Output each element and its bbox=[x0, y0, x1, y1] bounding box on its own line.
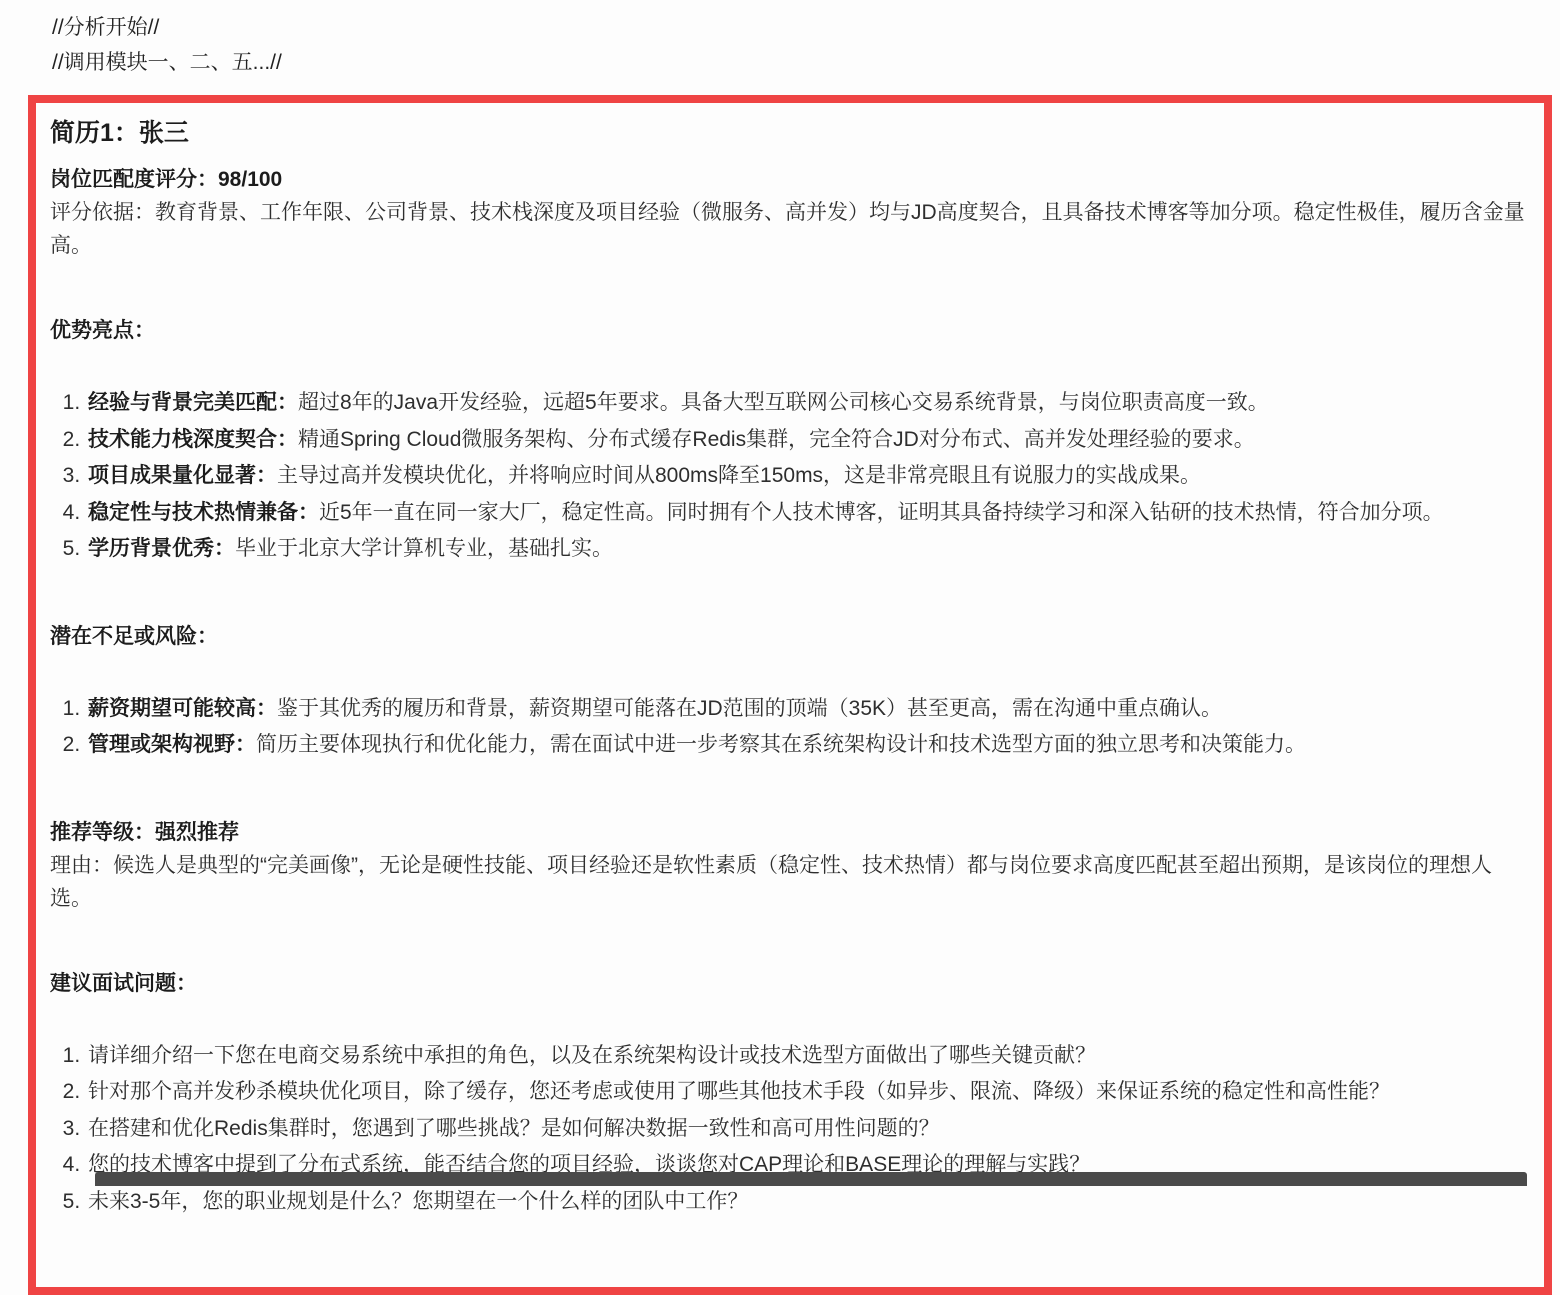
risks-list: 薪资期望可能较高：鉴于其优秀的履历和背景，薪资期望可能落在JD范围的顶端（35K… bbox=[50, 691, 1528, 764]
preamble-line-1: //分析开始// bbox=[52, 10, 1560, 45]
item-label: 经验与背景完美匹配： bbox=[88, 391, 298, 414]
list-item: 学历背景优秀：毕业于北京大学计算机专业，基础扎实。 bbox=[86, 531, 1528, 568]
list-item: 薪资期望可能较高：鉴于其优秀的履历和背景，薪资期望可能落在JD范围的顶端（35K… bbox=[86, 691, 1528, 728]
item-text: 请详细介绍一下您在电商交易系统中承担的角色，以及在系统架构设计或技术选型方面做出… bbox=[88, 1044, 1096, 1067]
list-item: 经验与背景完美匹配：超过8年的Java开发经验，远超5年要求。具备大型互联网公司… bbox=[86, 385, 1528, 422]
item-label: 项目成果量化显著： bbox=[88, 464, 277, 487]
item-label: 薪资期望可能较高： bbox=[88, 697, 277, 720]
preamble-line-2: //调用模块一、二、五...// bbox=[52, 45, 1560, 80]
item-text: 近5年一直在同一家大厂，稳定性高。同时拥有个人技术博客，证明其具备持续学习和深入… bbox=[319, 501, 1444, 524]
item-text: 精通Spring Cloud微服务架构、分布式缓存Redis集群，完全符合JD对… bbox=[298, 428, 1255, 451]
strengths-heading: 优势亮点： bbox=[50, 314, 1528, 347]
interview-questions-heading: 建议面试问题： bbox=[50, 967, 1528, 1000]
item-label: 管理或架构视野： bbox=[88, 733, 256, 756]
strengths-list: 经验与背景完美匹配：超过8年的Java开发经验，远超5年要求。具备大型互联网公司… bbox=[50, 385, 1528, 568]
item-text: 超过8年的Java开发经验，远超5年要求。具备大型互联网公司核心交易系统背景，与… bbox=[298, 391, 1269, 414]
recommendation-reason: 理由：候选人是典型的“完美画像”，无论是硬性技能、项目经验还是软性素质（稳定性、… bbox=[50, 849, 1528, 915]
list-item: 管理或架构视野：简历主要体现执行和优化能力，需在面试中进一步考察其在系统架构设计… bbox=[86, 727, 1528, 764]
item-text: 主导过高并发模块优化，并将响应时间从800ms降至150ms，这是非常亮眼且有说… bbox=[277, 464, 1201, 487]
item-label: 技术能力栈深度契合： bbox=[88, 428, 298, 451]
resume-title: 简历1：张三 bbox=[50, 113, 1528, 153]
item-text: 在搭建和优化Redis集群时，您遇到了哪些挑战？是如何解决数据一致性和高可用性问… bbox=[88, 1117, 940, 1140]
item-label: 稳定性与技术热情兼备： bbox=[88, 501, 319, 524]
item-text: 针对那个高并发秒杀模块优化项目，除了缓存，您还考虑或使用了哪些其他技术手段（如异… bbox=[88, 1080, 1390, 1103]
highlight-box: 简历1：张三 岗位匹配度评分：98/100 评分依据：教育背景、工作年限、公司背… bbox=[28, 95, 1552, 1182]
list-item: 针对那个高并发秒杀模块优化项目，除了缓存，您还考虑或使用了哪些其他技术手段（如异… bbox=[86, 1074, 1528, 1111]
match-score: 岗位匹配度评分：98/100 bbox=[50, 163, 1528, 196]
analysis-preamble: //分析开始// //调用模块一、二、五...// bbox=[0, 0, 1560, 80]
list-item: 稳定性与技术热情兼备：近5年一直在同一家大厂，稳定性高。同时拥有个人技术博客，证… bbox=[86, 495, 1528, 532]
list-item: 技术能力栈深度契合：精通Spring Cloud微服务架构、分布式缓存Redis… bbox=[86, 422, 1528, 459]
item-text: 简历主要体现执行和优化能力，需在面试中进一步考察其在系统架构设计和技术选型方面的… bbox=[256, 733, 1306, 756]
risks-heading: 潜在不足或风险： bbox=[50, 620, 1528, 653]
list-item: 在搭建和优化Redis集群时，您遇到了哪些挑战？是如何解决数据一致性和高可用性问… bbox=[86, 1111, 1528, 1148]
list-item: 请详细介绍一下您在电商交易系统中承担的角色，以及在系统架构设计或技术选型方面做出… bbox=[86, 1038, 1528, 1075]
item-text: 鉴于其优秀的履历和背景，薪资期望可能落在JD范围的顶端（35K）甚至更高，需在沟… bbox=[277, 697, 1222, 720]
recommendation-level: 推荐等级：强烈推荐 bbox=[50, 816, 1528, 849]
item-label: 学历背景优秀： bbox=[88, 537, 235, 560]
item-text: 毕业于北京大学计算机专业，基础扎实。 bbox=[235, 537, 613, 560]
score-basis: 评分依据：教育背景、工作年限、公司背景、技术栈深度及项目经验（微服务、高并发）均… bbox=[50, 196, 1528, 262]
interview-questions-list: 请详细介绍一下您在电商交易系统中承担的角色，以及在系统架构设计或技术选型方面做出… bbox=[50, 1038, 1528, 1183]
list-item: 项目成果量化显著：主导过高并发模块优化，并将响应时间从800ms降至150ms，… bbox=[86, 458, 1528, 495]
cropped-dark-element bbox=[95, 1172, 1527, 1182]
